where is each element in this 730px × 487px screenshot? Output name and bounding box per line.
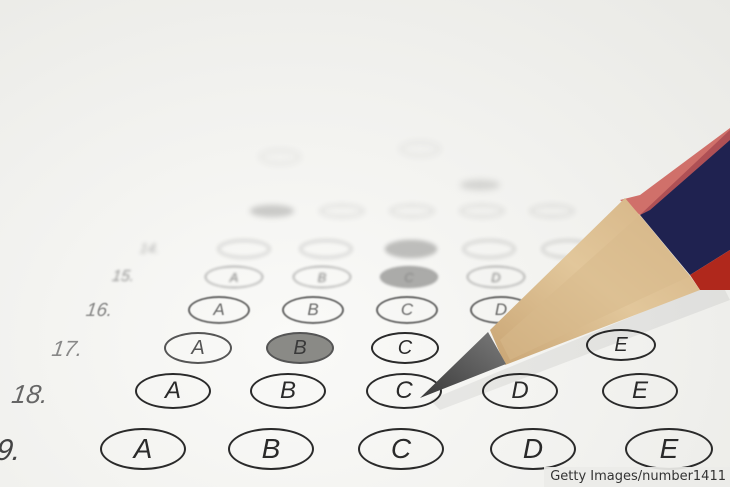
bubble-a: A bbox=[164, 332, 232, 364]
bubble-a: A bbox=[188, 296, 250, 324]
bubble-e: E bbox=[602, 373, 678, 409]
bubble-c: C bbox=[358, 428, 444, 470]
question-number: 15. bbox=[111, 268, 136, 286]
bubble-d: D bbox=[490, 428, 576, 470]
bubble-d: D bbox=[470, 296, 532, 324]
bubble bbox=[530, 205, 574, 217]
photo-credit: Getty Images/number1411 bbox=[544, 467, 730, 487]
bubble bbox=[400, 142, 440, 156]
question-number: 18. bbox=[10, 379, 51, 410]
pencil-icon bbox=[0, 0, 730, 487]
bubble-a: A bbox=[100, 428, 186, 470]
answer-sheet-photo: 14. 15. A B C D 16. A B C D 17. A B C E … bbox=[0, 0, 730, 487]
bubble-e: E bbox=[625, 428, 713, 470]
bubble-d: D bbox=[467, 266, 525, 288]
question-number: 16. bbox=[84, 300, 114, 322]
bubble-filled bbox=[250, 205, 294, 217]
question-number: 9. bbox=[0, 434, 23, 468]
bubble-a bbox=[218, 240, 270, 258]
bubble bbox=[320, 205, 364, 217]
bubble-c: C bbox=[366, 373, 442, 409]
bubble-e bbox=[542, 240, 594, 258]
bubble-filled bbox=[460, 180, 500, 190]
question-number: 17. bbox=[50, 336, 84, 362]
bubble-e: E bbox=[586, 329, 656, 361]
bubble bbox=[390, 205, 434, 217]
bubble-a: A bbox=[205, 266, 263, 288]
bubble-b-filled: B bbox=[266, 332, 334, 364]
bubble-b: B bbox=[250, 373, 326, 409]
bubble-c-filled: C bbox=[380, 266, 438, 288]
bubble-b: B bbox=[228, 428, 314, 470]
bubble-d: D bbox=[482, 373, 558, 409]
bubble-c-filled bbox=[385, 240, 437, 258]
bubble-b: B bbox=[282, 296, 344, 324]
bubble-c: C bbox=[376, 296, 438, 324]
bubble-d bbox=[463, 240, 515, 258]
bubble-a: A bbox=[135, 373, 211, 409]
bubble-b bbox=[300, 240, 352, 258]
bubble bbox=[260, 150, 300, 164]
question-number: 14. bbox=[139, 240, 161, 256]
bubble-c: C bbox=[371, 332, 439, 364]
bubble-b: B bbox=[293, 266, 351, 288]
bubble bbox=[460, 205, 504, 217]
